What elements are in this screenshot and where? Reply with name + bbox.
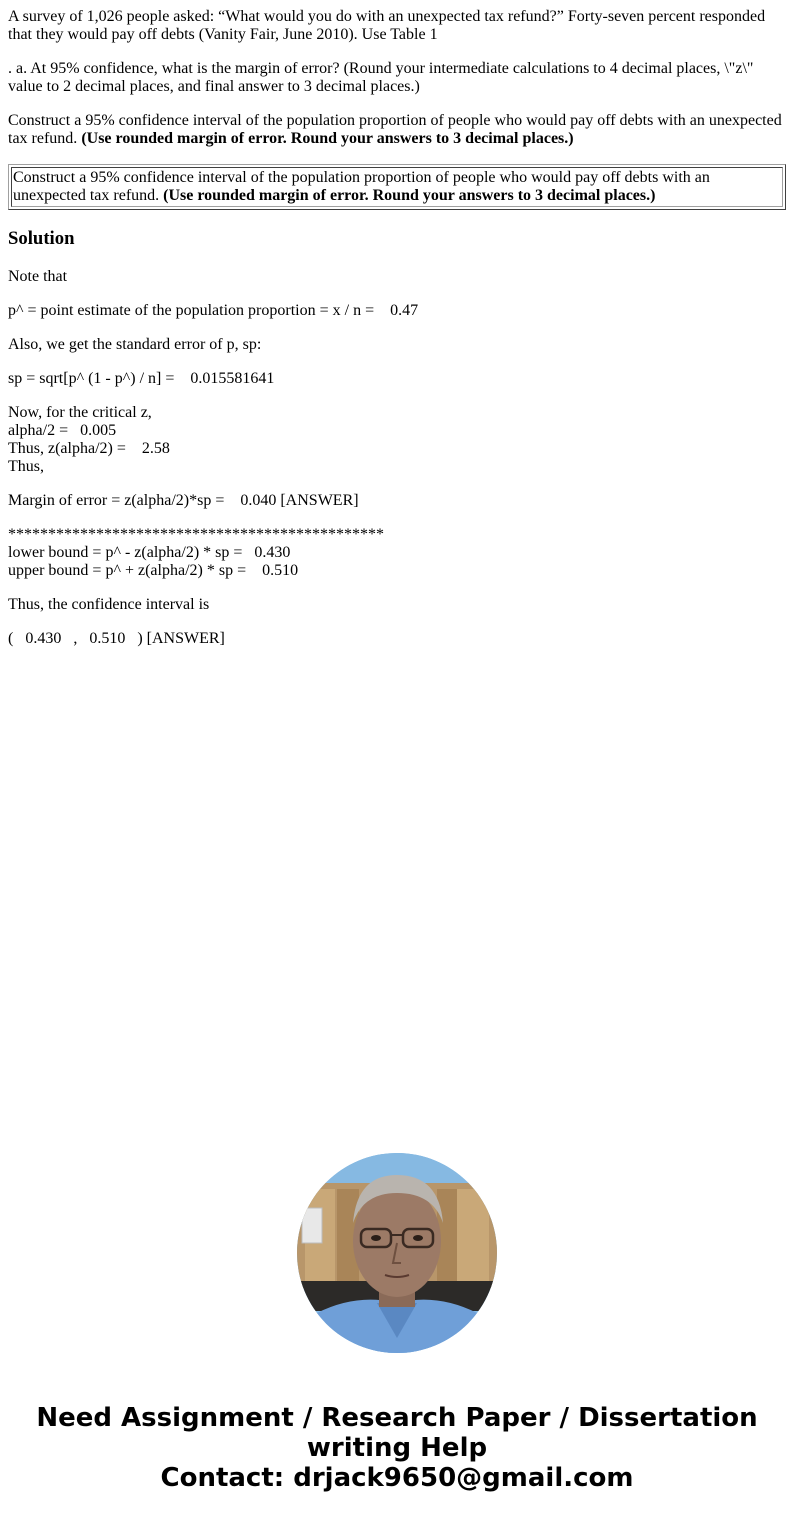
margin-of-error-line: Margin of error = z(alpha/2)*sp = 0.040 … [8, 492, 786, 510]
solution-note: Note that [8, 268, 786, 286]
tutor-photo [297, 1153, 497, 1353]
question-part-b-instruction: (Use rounded margin of error. Round your… [81, 130, 573, 147]
question-intro: A survey of 1,026 people asked: “What wo… [8, 8, 786, 44]
upper-bound-line: upper bound = p^ + z(alpha/2) * sp = 0.5… [8, 562, 786, 580]
critical-z-line: alpha/2 = 0.005 [8, 422, 786, 440]
table-row: Construct a 95% confidence interval of t… [11, 167, 783, 207]
standard-error-intro: Also, we get the standard error of p, sp… [8, 336, 786, 354]
standard-error-line: sp = sqrt[p^ (1 - p^) / n] = 0.015581641 [8, 370, 786, 388]
separator-stars: ****************************************… [8, 526, 786, 544]
table-cell: Construct a 95% confidence interval of t… [11, 167, 783, 207]
solution-heading: Solution [8, 228, 786, 250]
footer-contact-email: Contact: drjack9650@gmail.com [0, 1463, 794, 1493]
p-hat-line: p^ = point estimate of the population pr… [8, 302, 786, 320]
portrait-image [297, 1153, 497, 1353]
critical-z-block: Now, for the critical z, alpha/2 = 0.005… [8, 404, 786, 476]
question-table: Construct a 95% confidence interval of t… [8, 164, 786, 210]
critical-z-line: Thus, [8, 458, 786, 476]
lower-bound-line: lower bound = p^ - z(alpha/2) * sp = 0.4… [8, 544, 786, 562]
critical-z-line: Now, for the critical z, [8, 404, 786, 422]
footer-line-1: Need Assignment / Research Paper / Disse… [0, 1403, 794, 1433]
document-body: A survey of 1,026 people asked: “What wo… [8, 8, 786, 664]
contact-footer: Need Assignment / Research Paper / Disse… [0, 1403, 794, 1493]
confidence-interval-intro: Thus, the confidence interval is [8, 596, 786, 614]
question-part-b: Construct a 95% confidence interval of t… [8, 112, 786, 148]
confidence-interval-answer: ( 0.430 , 0.510 ) [ANSWER] [8, 630, 786, 648]
critical-z-line: Thus, z(alpha/2) = 2.58 [8, 440, 786, 458]
footer-line-2: writing Help [0, 1433, 794, 1463]
bounds-block: ****************************************… [8, 526, 786, 580]
table-cell-instruction: (Use rounded margin of error. Round your… [163, 187, 655, 204]
question-part-a: . a. At 95% confidence, what is the marg… [8, 60, 786, 96]
